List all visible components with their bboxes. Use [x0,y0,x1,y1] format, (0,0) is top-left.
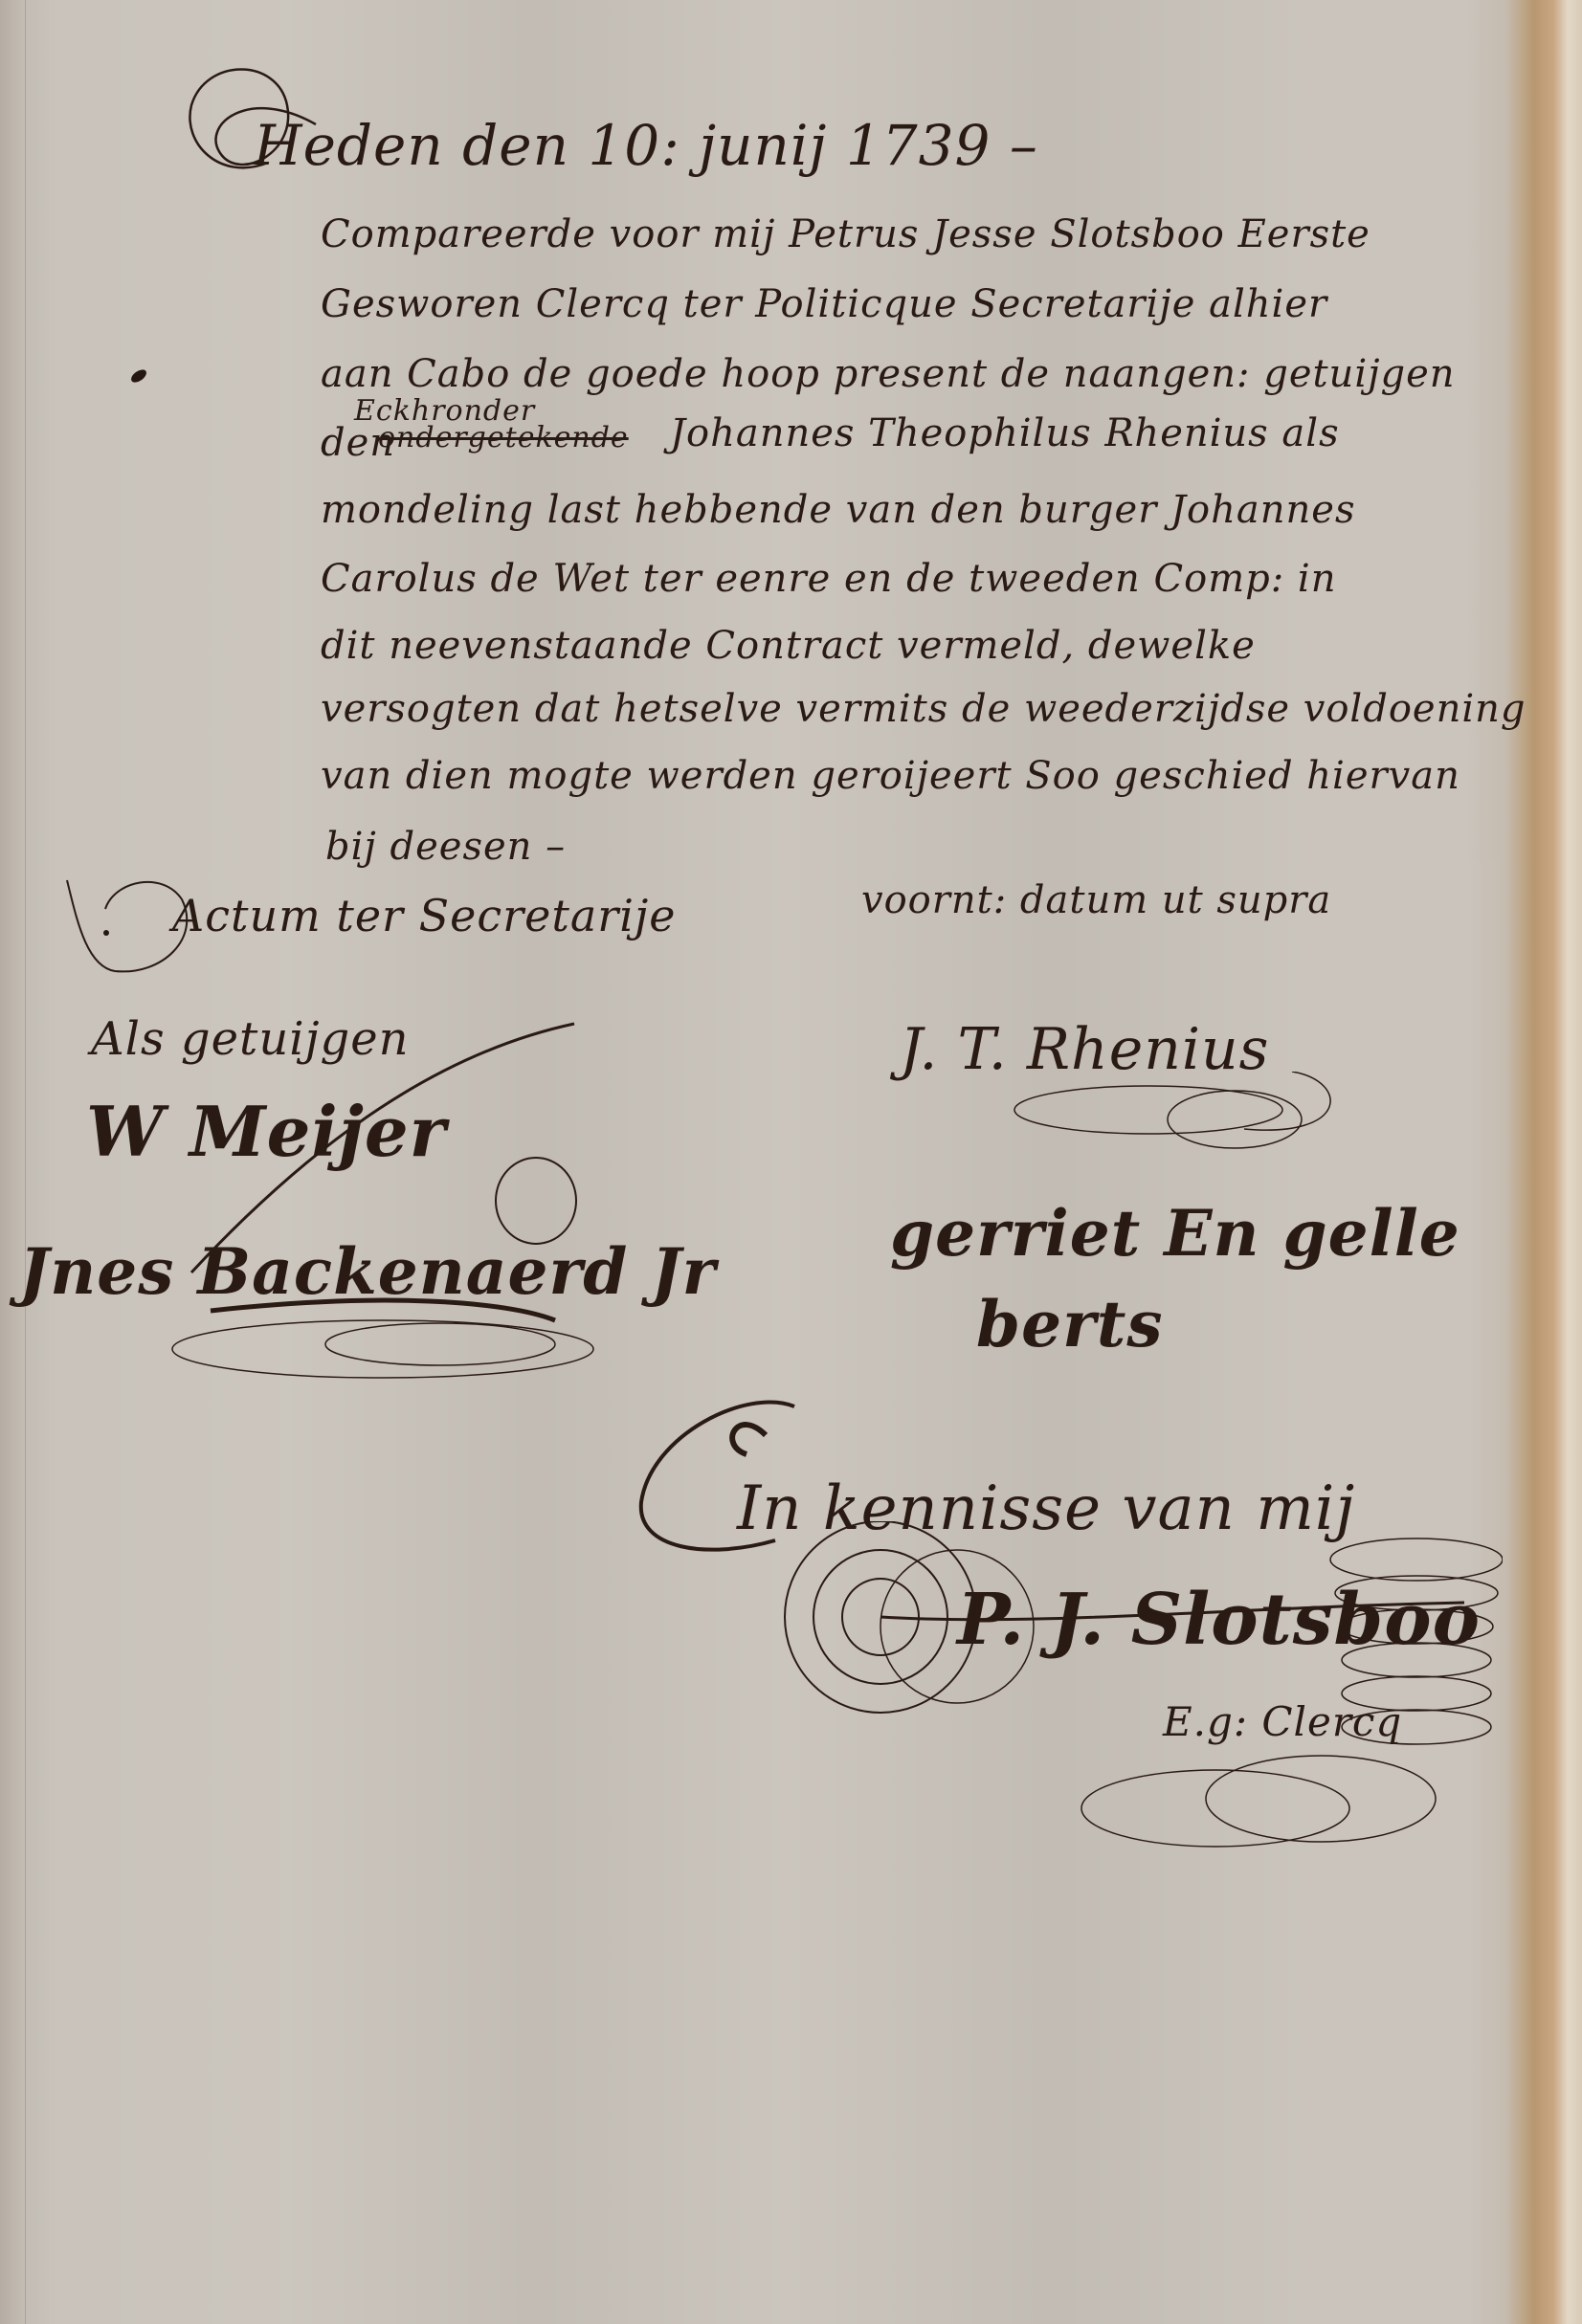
struck-through-word: ondergetekende [378,421,629,454]
document-page: Heden den 10: junij 1739 – Compareerde v… [0,0,1582,2324]
ink-blot [129,367,148,386]
body-line-9: van dien mogte werden geroijeert Soo ges… [321,754,1460,798]
party-signature-line-2: berts [976,1287,1164,1361]
slotsboo-flourish [756,1521,1503,1856]
clerk-signature: P. J. Slotsboo [957,1579,1481,1661]
witness-signature-backenaerd: Jnes Backenaerd Jr [19,1234,716,1309]
body-line-8: versogten dat hetselve vermits de weeder… [321,687,1526,731]
witness-label: Als getuijgen [91,1012,410,1066]
rhenius-flourish [1005,1072,1369,1196]
torn-page-edge [1467,0,1582,2324]
party-signature-line-1: gerriet En gelle [890,1196,1460,1271]
actum-clause: Actum ter Secretarije [172,890,676,941]
body-line-4: Johannes Theophilus Rhenius als [670,411,1340,455]
clerk-title: E.g: Clercq [1163,1698,1402,1745]
clerk-attestation: In kennisse van mij [737,1473,1355,1544]
dated-clause: voornt: datum ut supra [861,878,1331,922]
deed-heading-date: Heden den 10: junij 1739 – [254,113,1038,178]
body-line-5: mondeling last hebbende van den burger J… [321,488,1355,532]
body-line-6: Carolus de Wet ter eenre en de tweeden C… [321,557,1336,601]
ink-blot [103,930,109,936]
witness-signature-meijer: W Meijer [86,1091,447,1172]
body-line-7: dit neevenstaande Contract vermeld, dewe… [321,624,1256,668]
body-line-3: aan Cabo de goede hoop present de naange… [321,352,1456,396]
party-signature-rhenius: J. T. Rhenius [900,1016,1269,1083]
body-line-2: Gesworen Clercq ter Politicque Secretari… [321,282,1327,326]
body-line-10: bij deesen – [325,825,566,869]
binding-edge [0,0,26,2324]
body-line-1: Compareerde voor mij Petrus Jesse Slotsb… [321,212,1370,256]
